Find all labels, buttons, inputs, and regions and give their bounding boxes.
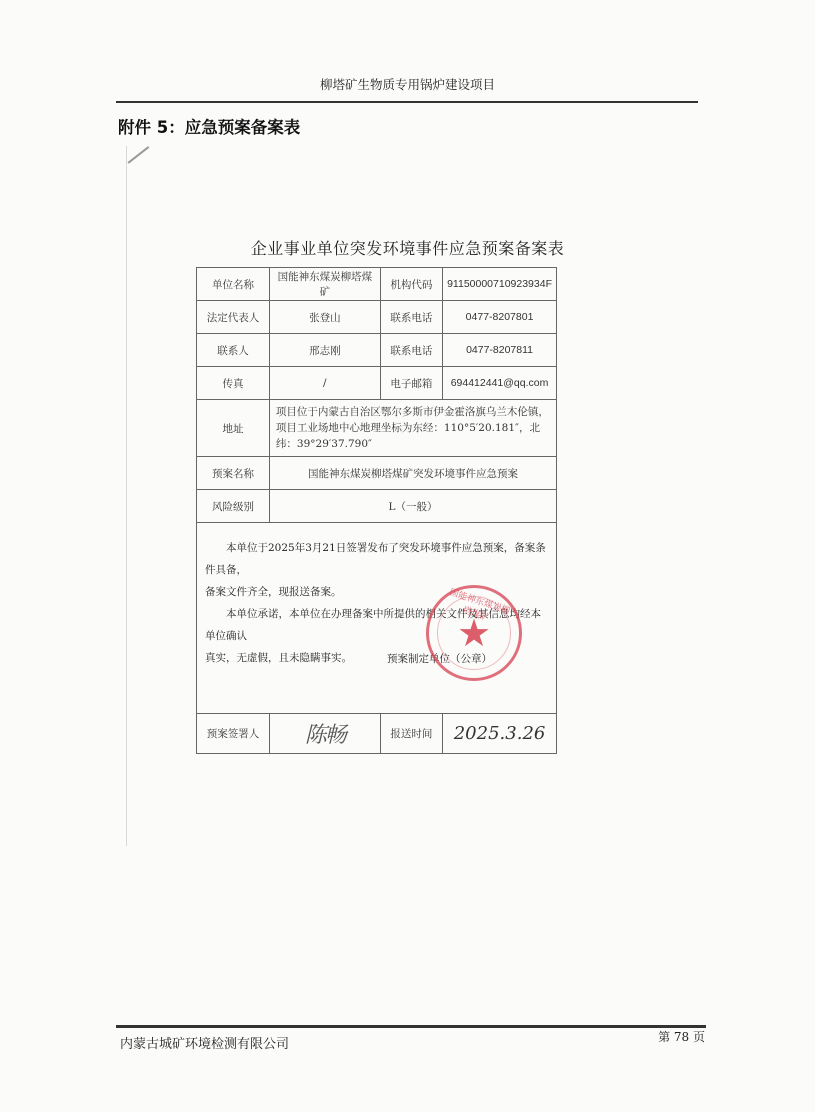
risk-level-value: L（一般）: [269, 490, 556, 523]
cell-value: 694412441@qq.com: [443, 367, 557, 400]
table-row: 联系人 邢志刚 联系电话 0477-8207811: [197, 334, 557, 367]
handwritten-date: 2025.3.26: [454, 723, 546, 744]
star-icon: ★: [457, 614, 491, 652]
running-header: 柳塔矿生物质专用锅炉建设项目: [0, 75, 815, 93]
address-label: 地址: [197, 400, 270, 457]
signer-label: 预案签署人: [197, 714, 270, 754]
cell-value: 邢志刚: [269, 334, 380, 367]
cell-label: 联系电话: [380, 334, 442, 367]
signer-signature: 陈畅: [269, 714, 380, 754]
header-rule: [116, 101, 698, 103]
cell-label: 机构代码: [380, 268, 442, 301]
submit-time-label: 报送时间: [380, 714, 442, 754]
cell-label: 电子邮箱: [380, 367, 442, 400]
annex-title: 附件 5：应急预案备案表: [118, 114, 300, 138]
table-row: 法定代表人 张登山 联系电话 0477-8207801: [197, 301, 557, 334]
cell-label: 联系人: [197, 334, 270, 367]
table-row-signature: 预案签署人 陈畅 报送时间 2025.3.26: [197, 714, 557, 754]
form-title: 企业事业单位突发环境事件应急预案备案表: [0, 236, 815, 259]
cell-value: 91150000710923934F: [443, 268, 557, 301]
scan-mark: [128, 146, 149, 163]
footer-rule: [116, 1025, 706, 1028]
table-row: 单位名称 国能神东煤炭柳塔煤矿 机构代码 91150000710923934F: [197, 268, 557, 301]
table-row: 传真 / 电子邮箱 694412441@qq.com: [197, 367, 557, 400]
cell-value: /: [269, 367, 380, 400]
table-row-address: 地址 项目位于内蒙古自治区鄂尔多斯市伊金霍洛旗乌兰木伦镇，项目工业场地中心地理坐…: [197, 400, 557, 457]
risk-level-label: 风险级别: [197, 490, 270, 523]
submit-time-value: 2025.3.26: [443, 714, 557, 754]
statement-paragraph-1: 本单位于2025年3月21日签署发布了突发环境事件应急预案，备案条件具备，: [205, 537, 548, 581]
cell-value: 张登山: [269, 301, 380, 334]
address-value: 项目位于内蒙古自治区鄂尔多斯市伊金霍洛旗乌兰木伦镇，项目工业场地中心地理坐标为东…: [269, 400, 556, 457]
table-row-plan-name: 预案名称 国能神东煤炭柳塔煤矿突发环境事件应急预案: [197, 457, 557, 490]
footer-company: 内蒙古城矿环境检测有限公司: [120, 1033, 289, 1052]
record-table: 单位名称 国能神东煤炭柳塔煤矿 机构代码 91150000710923934F …: [196, 267, 557, 754]
plan-name-value: 国能神东煤炭柳塔煤矿突发环境事件应急预案: [269, 457, 556, 490]
plan-name-label: 预案名称: [197, 457, 270, 490]
cell-value: 0477-8207811: [443, 334, 557, 367]
page-number: 第 78 页: [658, 1028, 705, 1045]
cell-label: 传真: [197, 367, 270, 400]
cell-label: 联系电话: [380, 301, 442, 334]
handwritten-signature: 陈畅: [305, 723, 345, 748]
cell-label: 法定代表人: [197, 301, 270, 334]
official-seal: 国能神东煤炭柳塔煤矿 ★: [426, 585, 522, 681]
cell-value: 0477-8207801: [443, 301, 557, 334]
table-row-risk-level: 风险级别 L（一般）: [197, 490, 557, 523]
cell-label: 单位名称: [197, 268, 270, 301]
cell-value: 国能神东煤炭柳塔煤矿: [269, 268, 380, 301]
